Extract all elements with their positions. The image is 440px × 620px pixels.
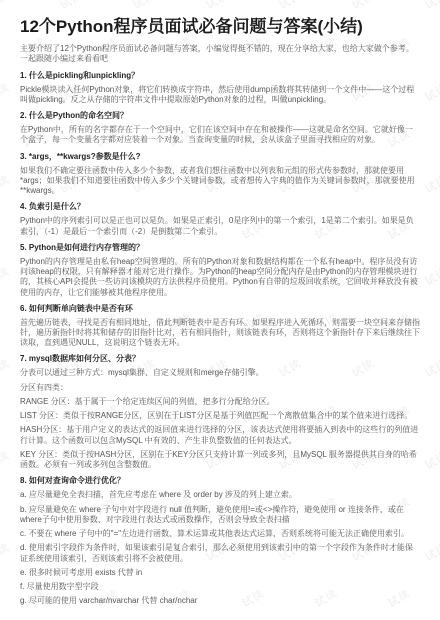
section-paragraph: Pickle模块读入任何Python对象，将它们转换成字符串，然后使用dump函… <box>20 85 420 105</box>
section-paragraph: b. 应尽量避免在 where 子句中对字段进行 null 值判断，避免使用!=… <box>20 505 420 525</box>
article: 12个Python程序员面试必备问题与答案(小结) 主要介绍了12个Python… <box>0 0 440 618</box>
section-paragraph: d. 使用索引字段作为条件时，如果该索引是复合索引，那么必须使用到该索引中的第一… <box>20 543 420 563</box>
section-heading: 1. 什么是pickling和unpickling？ <box>20 71 420 81</box>
section-paragraph: 如果我们不确定要往函数中传入多少个参数，或者我们想往函数中以列表和元组的形式传参… <box>20 166 420 197</box>
section-paragraph: 分区有四类： <box>20 383 420 393</box>
section-paragraph: 首先遍历链表，寻找是否有相同地址，借此判断链表中是否有环。如果程序进入死循环，则… <box>20 318 420 349</box>
section-paragraph: LIST 分区：类似于按RANGE分区，区别在于LIST分区是基于列值匹配一个离… <box>20 411 420 421</box>
article-intro: 主要介绍了12个Python程序员面试必备问题与答案，小编觉得挺不错的，现在分享… <box>20 44 420 64</box>
section-paragraph: RANGE 分区：基于属于一个给定连续区间的列值，把多行分配给分区。 <box>20 397 420 407</box>
section-heading: 5. Python是如何进行内存管理的？ <box>20 243 420 253</box>
section-paragraph: Python中的序列索引可以是正也可以是负。如果是正索引，0是序列中的第一个索引… <box>20 216 420 236</box>
section-paragraph: HASH分区：基于用户定义的表达式的返回值来进行选择的分区，该表达式使用将要插入… <box>20 425 420 445</box>
section-paragraph: Python的内存管理是由私有heap空间管理的。所有的Python对象和数据结… <box>20 257 420 298</box>
section-paragraph: e. 很多时候可考虑用 exists 代替 in <box>20 568 420 578</box>
page-title: 12个Python程序员面试必备问题与答案(小结) <box>20 16 420 37</box>
section-paragraph: a. 应尽量避免全表扫描，首先应考虑在 where 及 order by 涉及的… <box>20 490 420 500</box>
section-heading: 6. 如何判断单向链表中是否有环 <box>20 304 420 314</box>
section-paragraph: g. 尽可能的使用 varchar/nvarchar 代替 char/nchar <box>20 596 420 606</box>
section-heading: 4. 负索引是什么？ <box>20 202 420 212</box>
document-page: 试读试读试读试读试读试读试读试读试读试读试读试读试读试读试读试读试读试读试读试读… <box>0 0 440 620</box>
section-heading: 8. 如何对查询命令进行优化？ <box>20 476 420 486</box>
sections-container: 1. 什么是pickling和unpickling？Pickle模块读入任何Py… <box>20 71 420 607</box>
section-paragraph: KEY 分区：类似于按HASH分区，区别在于KEY分区只支持计算一列或多列，且M… <box>20 450 420 470</box>
section-heading: 3. *args，**kwargs?参数是什么? <box>20 152 420 162</box>
section-paragraph: 分表可以通过三种方式：mysql集群、自定义规则和merge存储引擎。 <box>20 368 420 378</box>
section-heading: 7. mysql数据库如何分区、分表？ <box>20 354 420 364</box>
section-paragraph: c. 不要在 where 子句中的"="左边进行函数、算术运算或其他表达式运算，… <box>20 529 420 539</box>
section-paragraph: 在Python中，所有的名字都存在于一个空间中，它们在该空间中存在和被操作——这… <box>20 125 420 145</box>
section-heading: 2. 什么是Python的命名空间？ <box>20 111 420 121</box>
section-paragraph: f. 尽量使用数字型字段 <box>20 582 420 592</box>
